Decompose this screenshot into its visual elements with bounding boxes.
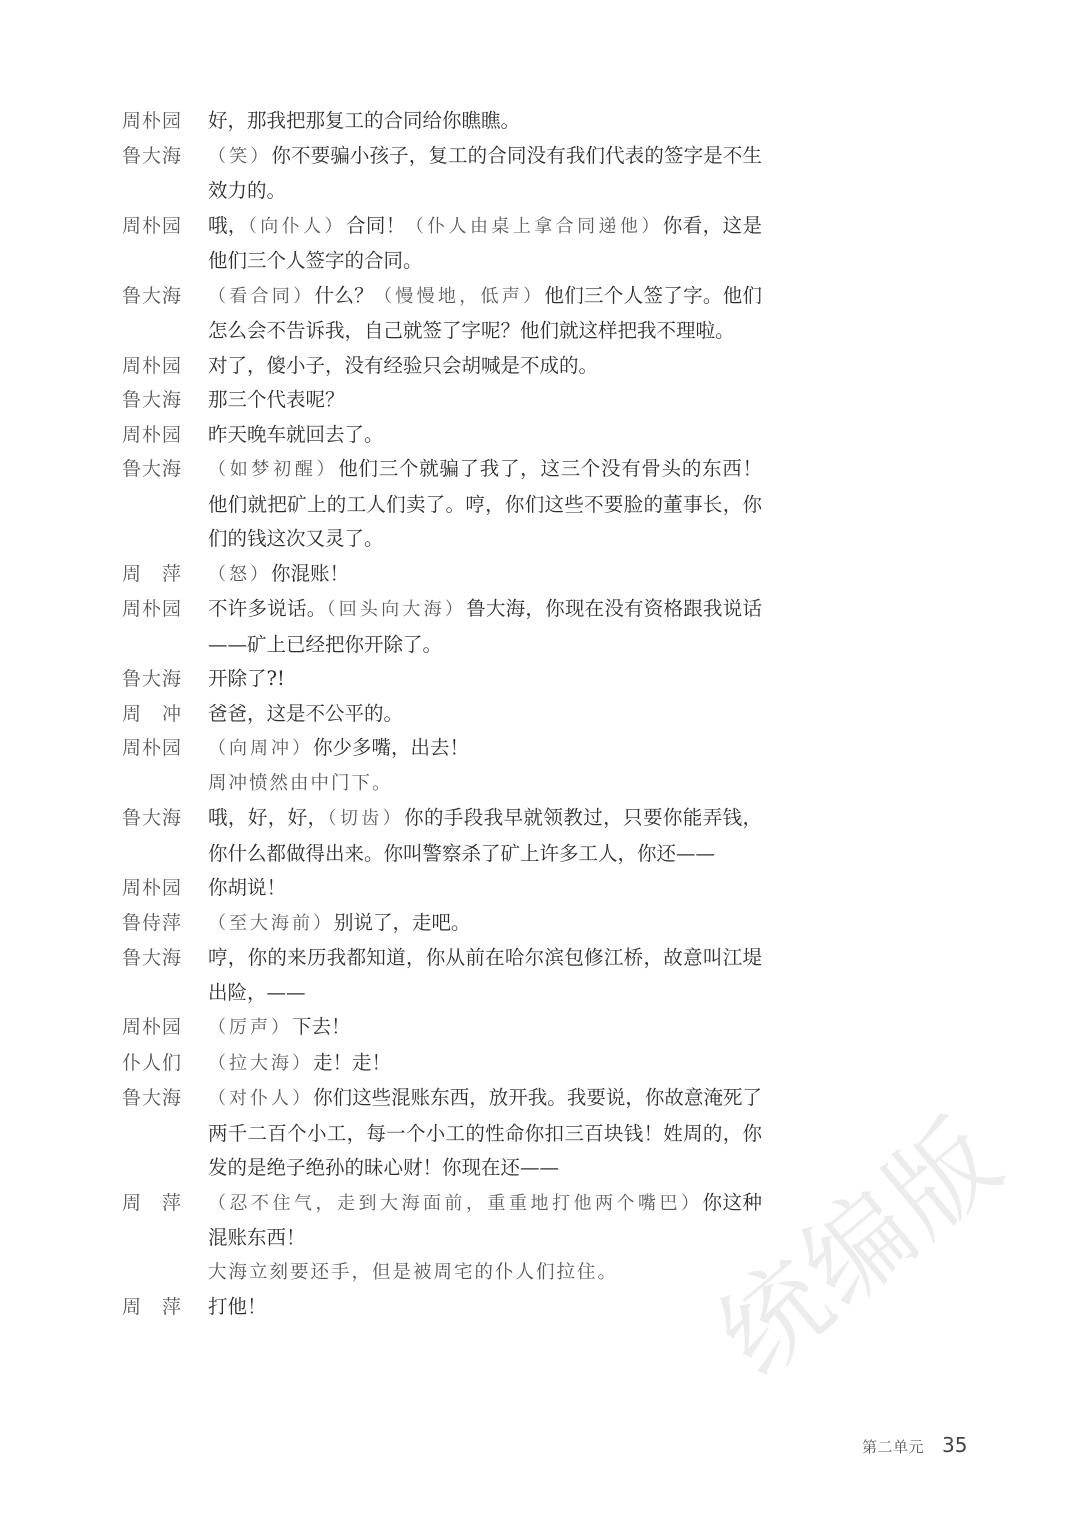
dialogue-line: 鲁大海（对仆人）你们这些混账东西，放开我。我要说，你故意淹死了两千二百个小工，每… bbox=[122, 1081, 762, 1186]
dialogue-line: 周朴园（向周冲）你少多嘴，出去！ bbox=[122, 731, 762, 767]
spoken-text: 哦，好，好， bbox=[208, 806, 327, 829]
unit-label: 第二单元 bbox=[862, 1436, 924, 1457]
spoken-text: 走！走！ bbox=[313, 1051, 391, 1074]
dialogue-line: 鲁大海开除了?! bbox=[122, 662, 762, 697]
spoken-text: 合同！ bbox=[346, 214, 406, 237]
dialogue-line: 周朴园你胡说！ bbox=[122, 871, 762, 906]
speaker-name: 鲁大海 bbox=[122, 139, 208, 174]
page-number: 35 bbox=[942, 1433, 967, 1457]
spoken-text: 好，那我把那复工的合同给你瞧瞧。 bbox=[208, 109, 520, 132]
spoken-text: 你不要骗小孩子，复工的合同没有我们代表的签字是不生效力的。 bbox=[208, 144, 762, 203]
stage-direction: 大海立刻要还手，但是被周宅的仆人们拉住。 bbox=[122, 1256, 762, 1291]
dialogue-line: 鲁大海哦，好，好，（切齿）你的手段我早就领教过，只要你能弄钱，你什么都做得出来。… bbox=[122, 801, 762, 871]
dialogue-line: 仆人们（拉大海）走！走！ bbox=[122, 1046, 762, 1082]
speaker-name: 周 萍 bbox=[122, 557, 208, 592]
inline-stage-direction: （回头向大海） bbox=[326, 599, 466, 620]
speaker-name: 周朴园 bbox=[122, 209, 208, 244]
dialogue-line: 周朴园（厉声）下去！ bbox=[122, 1010, 762, 1046]
speech-text: 哼，你的来历我都知道，你从前在哈尔滨包修江桥，故意叫江堤出险，—— bbox=[208, 941, 762, 1010]
inline-stage-direction: （至大海前） bbox=[208, 913, 334, 934]
page-footer: 第二单元 35 bbox=[862, 1433, 967, 1457]
inline-stage-direction: （看合同） bbox=[208, 286, 315, 307]
spoken-text: 你混账！ bbox=[271, 562, 349, 585]
speaker-name: 周朴园 bbox=[122, 731, 208, 766]
speech-text: （怒）你混账！ bbox=[208, 557, 762, 593]
spoken-text: 开除了?! bbox=[208, 667, 285, 690]
speaker-name: 周朴园 bbox=[122, 349, 208, 384]
speech-text: 打他！ bbox=[208, 1290, 762, 1325]
inline-stage-direction: （忍不住气，走到大海面前，重重地打他两个嘴巴） bbox=[208, 1193, 702, 1214]
dialogue-line: 鲁大海哼，你的来历我都知道，你从前在哈尔滨包修江桥，故意叫江堤出险，—— bbox=[122, 941, 762, 1010]
speech-text: （看合同）什么？（慢慢地，低声）他们三个人签了字。他们怎么会不告诉我，自己就签了… bbox=[208, 279, 762, 349]
speaker-name: 鲁大海 bbox=[122, 941, 208, 976]
dialogue-line: 鲁大海（笑）你不要骗小孩子，复工的合同没有我们代表的签字是不生效力的。 bbox=[122, 139, 762, 209]
speech-text: 不许多说话。（回头向大海）鲁大海，你现在没有资格跟我说话——矿上已经把你开除了。 bbox=[208, 592, 762, 662]
dialogue-line: 周 萍（忍不住气，走到大海面前，重重地打他两个嘴巴）你这种混账东西！ bbox=[122, 1186, 762, 1256]
inline-stage-direction: （切齿） bbox=[327, 808, 404, 829]
dialogue-line: 周 萍（怒）你混账！ bbox=[122, 557, 762, 593]
speech-text: 昨天晚车就回去了。 bbox=[208, 418, 762, 453]
speaker-name: 鲁大海 bbox=[122, 383, 208, 418]
spoken-text: 别说了，走吧。 bbox=[334, 911, 471, 934]
inline-stage-direction: （仆人由桌上拿合同递他） bbox=[406, 216, 663, 237]
inline-stage-direction: （如梦初醒） bbox=[208, 459, 338, 480]
dialogue-line: 周 萍打他！ bbox=[122, 1290, 762, 1325]
speaker-name: 周朴园 bbox=[122, 104, 208, 139]
dialogue-line: 鲁大海（看合同）什么？（慢慢地，低声）他们三个人签了字。他们怎么会不告诉我，自己… bbox=[122, 279, 762, 349]
spoken-text: 哦， bbox=[208, 214, 248, 237]
spoken-text: 不许多说话。 bbox=[208, 597, 326, 620]
inline-stage-direction: （向周冲） bbox=[208, 738, 313, 759]
spoken-text: 那三个代表呢？ bbox=[208, 388, 345, 411]
dialogue-line: 鲁侍萍（至大海前）别说了，走吧。 bbox=[122, 906, 762, 942]
speech-text: 你胡说！ bbox=[208, 871, 762, 906]
spoken-text: 什么？ bbox=[315, 284, 374, 307]
dialogue-line: 周朴园不许多说话。（回头向大海）鲁大海，你现在没有资格跟我说话——矿上已经把你开… bbox=[122, 592, 762, 662]
speaker-name: 鲁大海 bbox=[122, 662, 208, 697]
dialogue-line: 周朴园好，那我把那复工的合同给你瞧瞧。 bbox=[122, 104, 762, 139]
speaker-name: 鲁侍萍 bbox=[122, 906, 208, 941]
spoken-text: 你少多嘴，出去！ bbox=[313, 736, 469, 759]
inline-stage-direction: （怒） bbox=[208, 564, 271, 585]
speaker-name: 周朴园 bbox=[122, 871, 208, 906]
speech-text: （忍不住气，走到大海面前，重重地打他两个嘴巴）你这种混账东西！ bbox=[208, 1186, 762, 1256]
dialogue-line: 周 冲爸爸，这是不公平的。 bbox=[122, 697, 762, 732]
dialogue-line: 鲁大海那三个代表呢？ bbox=[122, 383, 762, 418]
inline-stage-direction: （对仆人） bbox=[208, 1088, 313, 1109]
speaker-name: 鲁大海 bbox=[122, 452, 208, 487]
speech-text: 哦，（向仆人）合同！（仆人由桌上拿合同递他）你看，这是他们三个人签字的合同。 bbox=[208, 209, 762, 279]
speech-text: （对仆人）你们这些混账东西，放开我。我要说，你故意淹死了两千二百个小工，每一个小… bbox=[208, 1081, 762, 1186]
inline-stage-direction: （拉大海） bbox=[208, 1053, 313, 1074]
spoken-text: 下去！ bbox=[292, 1015, 351, 1038]
speech-text: 开除了?! bbox=[208, 662, 762, 697]
dialogue-line: 周朴园对了，傻小子，没有经验只会胡喊是不成的。 bbox=[122, 349, 762, 384]
spoken-text: 打他！ bbox=[208, 1295, 267, 1318]
speaker-name: 周 萍 bbox=[122, 1186, 208, 1221]
speech-text: 好，那我把那复工的合同给你瞧瞧。 bbox=[208, 104, 762, 139]
speaker-name: 仆人们 bbox=[122, 1046, 208, 1081]
speaker-name: 周朴园 bbox=[122, 1010, 208, 1045]
speech-text: （至大海前）别说了，走吧。 bbox=[208, 906, 762, 942]
speaker-name: 鲁大海 bbox=[122, 801, 208, 836]
speech-text: 爸爸，这是不公平的。 bbox=[208, 697, 762, 732]
dialogue-line: 周朴园昨天晚车就回去了。 bbox=[122, 418, 762, 453]
spoken-text: 你胡说！ bbox=[208, 876, 286, 899]
spoken-text: 哼，你的来历我都知道，你从前在哈尔滨包修江桥，故意叫江堤出险，—— bbox=[208, 946, 762, 1004]
inline-stage-direction: （向仆人） bbox=[248, 216, 346, 237]
inline-stage-direction: （笑） bbox=[208, 146, 271, 167]
speech-text: （笑）你不要骗小孩子，复工的合同没有我们代表的签字是不生效力的。 bbox=[208, 139, 762, 209]
script-body: 周朴园好，那我把那复工的合同给你瞧瞧。鲁大海（笑）你不要骗小孩子，复工的合同没有… bbox=[122, 104, 762, 1325]
speaker-name: 周 萍 bbox=[122, 1290, 208, 1325]
spoken-text: 昨天晚车就回去了。 bbox=[208, 423, 384, 446]
dialogue-line: 周朴园哦，（向仆人）合同！（仆人由桌上拿合同递他）你看，这是他们三个人签字的合同… bbox=[122, 209, 762, 279]
speaker-name: 鲁大海 bbox=[122, 279, 208, 314]
speaker-name: 周 冲 bbox=[122, 697, 208, 732]
speech-text: 哦，好，好，（切齿）你的手段我早就领教过，只要你能弄钱，你什么都做得出来。你叫警… bbox=[208, 801, 762, 871]
speech-text: （向周冲）你少多嘴，出去！ bbox=[208, 731, 762, 767]
speech-text: （拉大海）走！走！ bbox=[208, 1046, 762, 1082]
speech-text: 对了，傻小子，没有经验只会胡喊是不成的。 bbox=[208, 349, 762, 384]
speech-text: 那三个代表呢？ bbox=[208, 383, 762, 418]
spoken-text: 对了，傻小子，没有经验只会胡喊是不成的。 bbox=[208, 354, 598, 377]
speaker-name: 鲁大海 bbox=[122, 1081, 208, 1116]
inline-stage-direction: （厉声） bbox=[208, 1017, 292, 1038]
dialogue-line: 鲁大海（如梦初醒）他们三个就骗了我了，这三个没有骨头的东西！他们就把矿上的工人们… bbox=[122, 452, 762, 557]
stage-direction: 周冲愤然由中门下。 bbox=[122, 767, 762, 802]
inline-stage-direction: （慢慢地，低声） bbox=[374, 286, 544, 307]
speaker-name: 周朴园 bbox=[122, 418, 208, 453]
speech-text: （如梦初醒）他们三个就骗了我了，这三个没有骨头的东西！他们就把矿上的工人们卖了。… bbox=[208, 452, 762, 557]
speaker-name: 周朴园 bbox=[122, 592, 208, 627]
speech-text: （厉声）下去！ bbox=[208, 1010, 762, 1046]
spoken-text: 爸爸，这是不公平的。 bbox=[208, 702, 403, 725]
